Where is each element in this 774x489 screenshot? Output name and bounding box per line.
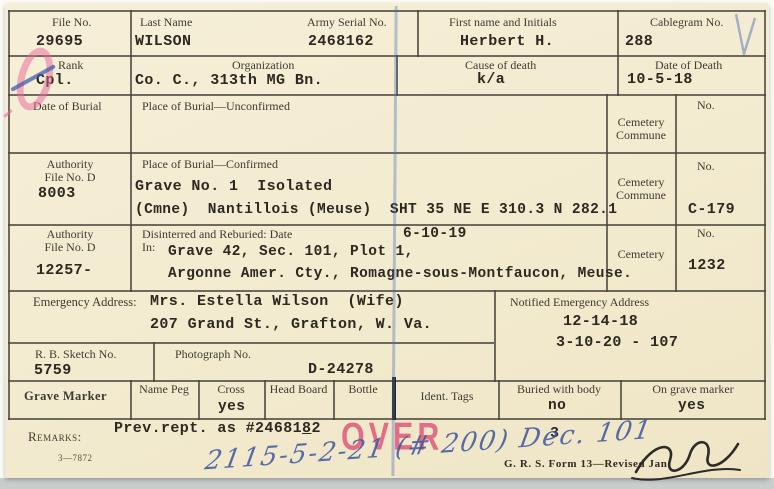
grid-line [8,342,494,344]
confirmed-location-line: (Cmne) Nantillois (Meuse) SHT 35 NE E 31… [135,202,617,218]
organization-value: Co. C., 313th MG Bn. [135,72,323,89]
cemetery-commune-label: Cemetery Commune [608,116,674,142]
no-label: No. [697,99,715,112]
disinterred-label: Disinterred and Reburied: Date [142,228,292,241]
grave-marker-label: Grave Marker [24,390,107,403]
photograph-label: Photograph No. [175,348,251,361]
first-name-value: Herbert H. [460,33,554,50]
army-serial-label: Army Serial No. [307,16,387,29]
grid-line [620,380,622,420]
buried-with-body-label: Buried with body [500,383,618,396]
rb-sketch-label: R. B. Sketch No. [35,348,116,361]
emergency-address-label: Emergency Address: [33,296,137,309]
no-label: No. [697,227,715,240]
head-board-label: Head Board [266,383,331,396]
cause-of-death-value: k/a [477,71,505,88]
signature-scribble [630,436,745,484]
grid-line [8,10,766,12]
organization-label: Organization [232,59,294,72]
reburied-grave-line: Grave 42, Sec. 101, Plot 1, [168,244,414,260]
grid-line [8,94,766,96]
grid-line [764,10,766,420]
cemetery-commune-label: Cemetery Commune [608,176,674,202]
date-of-burial-label: Date of Burial [33,100,102,113]
confirmed-grave-line: Grave No. 1 Isolated [135,178,332,195]
army-serial-value: 2468162 [308,33,374,50]
remarks-text: Prev.rept. as #2468182 [114,420,321,437]
rb-sketch-no: 5759 [34,362,72,379]
disinterred-date: 6-10-19 [403,226,467,242]
notified-emergency-label: Notified Emergency Address [510,296,649,309]
emergency-address-line2: 207 Grand St., Grafton, W. Va. [150,316,432,333]
grid-line [130,10,132,292]
grid-line [8,224,766,226]
bottle-label: Bottle [335,383,391,396]
cross-label: Cross [200,383,262,396]
cablegram-value: 288 [625,33,653,50]
first-name-label: First name and Initials [449,16,557,29]
date-of-death-value: 10-5-18 [627,71,693,88]
reburied-cemetery-line: Argonne Amer. Cty., Romagne-sous-Montfau… [168,266,632,282]
ident-tags-label: Ident. Tags [398,390,496,403]
no-label: No. [697,160,715,173]
scanned-burial-card: File No. 29695 Last Name WILSON Army Ser… [0,0,774,489]
photograph-no: D-24278 [308,361,374,378]
grid-line [417,10,419,57]
file-no-label: File No. [52,16,91,29]
grid-line [675,94,677,292]
in-label: In: [142,241,155,254]
place-confirmed-label: Place of Burial—Confirmed [142,158,278,171]
cemetery-label: Cemetery [608,248,674,261]
notified-date-1: 12-14-18 [563,313,638,330]
authority-file-label: Authority File No. D [20,158,120,184]
last-name-label: Last Name [140,16,192,29]
name-peg-label: Name Peg [132,383,196,396]
grid-line [8,290,766,292]
grid-line [494,290,496,382]
grid-line [8,152,766,154]
authority-file-no: 8003 [38,185,76,202]
emergency-address-line1: Mrs. Estella Wilson (Wife) [150,293,404,310]
notified-date-2: 3-10-20 - 107 [556,334,678,351]
cemetery-no-value: 1232 [688,257,726,274]
cross-value: yes [218,399,245,415]
grid-line [8,10,10,420]
blue-check-mark [728,10,758,65]
last-name-value: WILSON [135,33,191,50]
grid-line [617,10,619,96]
authority-file-label: Authority File No. D [20,228,120,254]
rank-label: Rank [58,59,83,72]
form-code: 3—7872 [58,452,93,465]
grid-line [153,342,155,382]
on-grave-marker-value: yes [678,398,705,414]
remarks-label: Remarks: [28,430,82,443]
on-grave-marker-label: On grave marker [624,383,762,396]
buried-with-body-value: no [548,398,566,414]
place-unconfirmed-label: Place of Burial—Unconfirmed [142,100,290,113]
authority-file-no: 12257- [36,262,92,279]
cablegram-label: Cablegram No. [650,16,723,29]
grid-line [8,55,766,57]
cemetery-no-value: C-179 [688,201,735,218]
